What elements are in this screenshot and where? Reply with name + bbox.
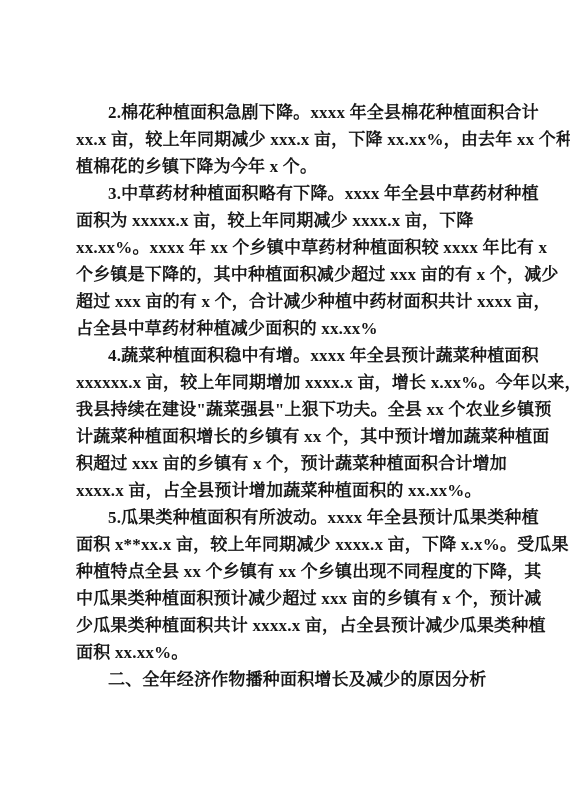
paragraph-cotton-area-decline: 2.棉花种植面积急剧下降。xxxx 年全县棉花种植面积合计 xx.x 亩，较上年…	[76, 99, 497, 180]
text-line: 面积为 xxxxx.x 亩，较上年同期减少 xxxx.x 亩，下降	[76, 207, 497, 234]
section-heading-text: 二、全年经济作物播种面积增长及减少的原因分析	[76, 666, 497, 693]
text-line: 少瓜果类种植面积共计 xxxx.x 亩，占全县预计减少瓜果类种植	[76, 612, 497, 639]
text-line: 植棉花的乡镇下降为今年 x 个。	[76, 153, 497, 180]
text-line: 3.中草药材种植面积略有下降。xxxx 年全县中草药材种植	[76, 180, 497, 207]
text-line: xxxxxx.x 亩，较上年同期增加 xxxx.x 亩，增长 x.xx%。今年以…	[76, 369, 497, 396]
text-line: xx.xx%。xxxx 年 xx 个乡镇中草药材种植面积较 xxxx 年比有 x	[76, 234, 497, 261]
text-line: xxxx.x 亩，占全县预计增加蔬菜种植面积的 xx.xx%。	[76, 477, 497, 504]
paragraph-herbal-medicine-area-decline: 3.中草药材种植面积略有下降。xxxx 年全县中草药材种植 面积为 xxxxx.…	[76, 180, 497, 342]
text-line: 我县持续在建设"蔬菜强县"上狠下功夫。全县 xx 个农业乡镇预	[76, 396, 497, 423]
section-heading: 二、全年经济作物播种面积增长及减少的原因分析	[76, 666, 497, 693]
text-line: 超过 xxx 亩的有 x 个，合计减少种植中药材面积共计 xxxx 亩，	[76, 288, 497, 315]
text-line: 5.瓜果类种植面积有所波动。xxxx 年全县预计瓜果类种植	[76, 504, 497, 531]
text-line: 4.蔬菜种植面积稳中有增。xxxx 年全县预计蔬菜种植面积	[76, 342, 497, 369]
text-line: xx.x 亩，较上年同期减少 xxx.x 亩，下降 xx.xx%，由去年 xx …	[76, 126, 497, 153]
text-line: 占全县中草药材种植减少面积的 xx.xx%	[76, 315, 497, 342]
text-line: 中瓜果类种植面积预计减少超过 xxx 亩的乡镇有 x 个，预计减	[76, 585, 497, 612]
paragraph-vegetable-area-growth: 4.蔬菜种植面积稳中有增。xxxx 年全县预计蔬菜种植面积 xxxxxx.x 亩…	[76, 342, 497, 504]
text-line: 面积 xx.xx%。	[76, 639, 497, 666]
document-body: 2.棉花种植面积急剧下降。xxxx 年全县棉花种植面积合计 xx.x 亩，较上年…	[76, 99, 497, 693]
text-line: 2.棉花种植面积急剧下降。xxxx 年全县棉花种植面积合计	[76, 99, 497, 126]
text-line: 种植特点全县 xx 个乡镇有 xx 个乡镇出现不同程度的下降，其	[76, 558, 497, 585]
document-page: 2.棉花种植面积急剧下降。xxxx 年全县棉花种植面积合计 xx.x 亩，较上年…	[0, 0, 570, 807]
paragraph-melon-fruit-area-fluctuation: 5.瓜果类种植面积有所波动。xxxx 年全县预计瓜果类种植 面积 x**xx.x…	[76, 504, 497, 666]
text-line: 计蔬菜种植面积增长的乡镇有 xx 个，其中预计增加蔬菜种植面	[76, 423, 497, 450]
text-line: 面积 x**xx.x 亩，较上年同期减少 xxxx.x 亩，下降 x.x%。受瓜…	[76, 531, 497, 558]
text-line: 个乡镇是下降的，其中种植面积减少超过 xxx 亩的有 x 个，减少	[76, 261, 497, 288]
text-line: 积超过 xxx 亩的乡镇有 x 个，预计蔬菜种植面积合计增加	[76, 450, 497, 477]
